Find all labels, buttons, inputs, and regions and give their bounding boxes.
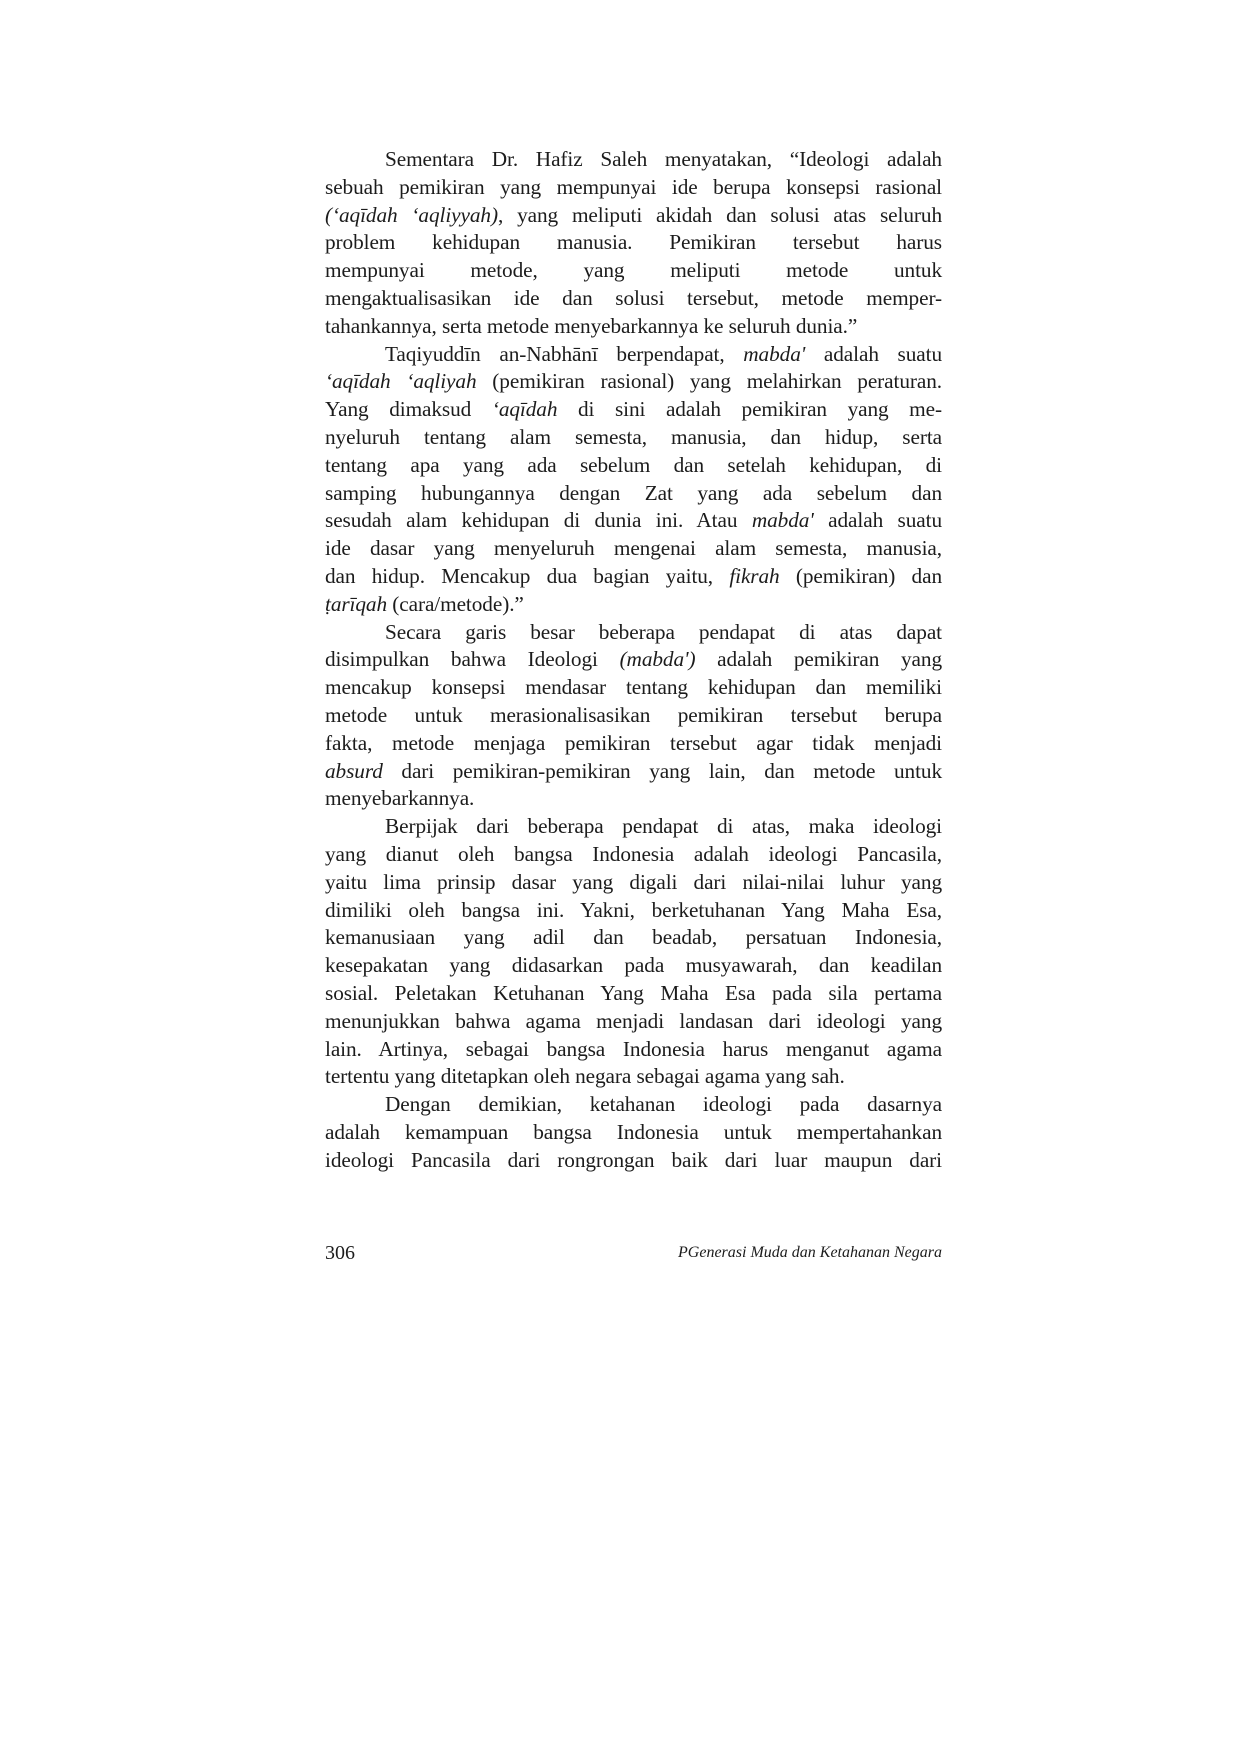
text-run: problem kehidupan manusia. Pemikiran ter… [325, 230, 942, 254]
text-run: tertentu yang ditetapkan oleh negara seb… [325, 1064, 845, 1088]
text-run: disimpulkan bahwa Ideologi [325, 647, 620, 671]
text-run: ide dasar yang menyeluruh mengenai alam … [325, 536, 942, 560]
text-run: Dengan demikian, ketahanan ideologi pada… [385, 1092, 942, 1116]
text-run: dan hidup. Mencakup dua bagian yaitu, [325, 564, 729, 588]
text-run: (cara/metode).” [387, 592, 524, 616]
text-run: metode untuk merasionalisasikan pemikira… [325, 703, 942, 727]
text-run: dari pemikiran-pemikiran yang lain, dan … [383, 759, 942, 783]
text-run: dimiliki oleh bangsa ini. Yakni, berketu… [325, 898, 942, 922]
text-line: tentang apa yang ada sebelum dan setelah… [325, 452, 942, 480]
paragraph: Taqiyuddīn an-Nabhānī berpendapat, mabda… [325, 341, 942, 619]
body-text: Sementara Dr. Hafiz Saleh menyatakan, “I… [325, 146, 942, 1174]
text-line: Dengan demikian, ketahanan ideologi pada… [325, 1091, 942, 1119]
text-run: ideologi Pancasila dari rongrongan baik … [325, 1148, 942, 1172]
italic-term: mabda' [743, 342, 805, 366]
text-line: ‘aqīdah ‘aqliyah (pemikiran rasional) ya… [325, 368, 942, 396]
text-run: sesudah alam kehidupan di dunia ini. Ata… [325, 508, 752, 532]
text-line: sesudah alam kehidupan di dunia ini. Ata… [325, 507, 942, 535]
text-line: menunjukkan bahwa agama menjadi landasan… [325, 1008, 942, 1036]
text-run: Taqiyuddīn an-Nabhānī berpendapat, [385, 342, 743, 366]
text-line: mengaktualisasikan ide dan solusi terseb… [325, 285, 942, 313]
text-run: Secara garis besar beberapa pendapat di … [385, 620, 942, 644]
text-run: adalah suatu [805, 342, 942, 366]
text-line: ideologi Pancasila dari rongrongan baik … [325, 1147, 942, 1175]
paragraph: Secara garis besar beberapa pendapat di … [325, 619, 942, 814]
italic-term: ṭarīqah [325, 592, 387, 616]
text-line: disimpulkan bahwa Ideologi (mabda') adal… [325, 646, 942, 674]
text-line: lain. Artinya, sebagai bangsa Indonesia … [325, 1036, 942, 1064]
text-run: yang dianut oleh bangsa Indonesia adalah… [325, 842, 942, 866]
text-line: adalah kemampuan bangsa Indonesia untuk … [325, 1119, 942, 1147]
text-line: sosial. Peletakan Ketuhanan Yang Maha Es… [325, 980, 942, 1008]
text-line: absurd dari pemikiran-pemikiran yang lai… [325, 758, 942, 786]
paragraph: Dengan demikian, ketahanan ideologi pada… [325, 1091, 942, 1174]
page-footer: 306 PGenerasi Muda dan Ketahanan Negara [325, 1242, 942, 1272]
document-page: Sementara Dr. Hafiz Saleh menyatakan, “I… [0, 0, 1240, 1754]
text-run: adalah suatu [814, 508, 942, 532]
text-run: Yang dimaksud [325, 397, 492, 421]
text-run: tahankannya, serta metode menyebarkannya… [325, 314, 857, 338]
text-line: samping hubungannya dengan Zat yang ada … [325, 480, 942, 508]
text-run: (pemikiran rasional) yang melahirkan per… [477, 369, 942, 393]
text-run: nyeluruh tentang alam semesta, manusia, … [325, 425, 942, 449]
italic-term: (mabda') [620, 647, 696, 671]
text-line: Sementara Dr. Hafiz Saleh menyatakan, “I… [325, 146, 942, 174]
text-line: dimiliki oleh bangsa ini. Yakni, berketu… [325, 897, 942, 925]
text-line: metode untuk merasionalisasikan pemikira… [325, 702, 942, 730]
italic-term: mabda' [752, 508, 814, 532]
text-line: yang dianut oleh bangsa Indonesia adalah… [325, 841, 942, 869]
text-run: lain. Artinya, sebagai bangsa Indonesia … [325, 1037, 942, 1061]
text-run: Berpijak dari beberapa pendapat di atas,… [385, 814, 942, 838]
text-run: di sini adalah pemikiran yang me- [557, 397, 942, 421]
text-run: Sementara Dr. Hafiz Saleh menyatakan, “I… [385, 147, 942, 171]
text-run: mencakup konsepsi mendasar tentang kehid… [325, 675, 942, 699]
text-run: menunjukkan bahwa agama menjadi landasan… [325, 1009, 942, 1033]
paragraph: Sementara Dr. Hafiz Saleh menyatakan, “I… [325, 146, 942, 341]
text-run: adalah kemampuan bangsa Indonesia untuk … [325, 1120, 942, 1144]
text-line: ide dasar yang menyeluruh mengenai alam … [325, 535, 942, 563]
text-run: kesepakatan yang didasarkan pada musyawa… [325, 953, 942, 977]
text-line: ṭarīqah (cara/metode).” [325, 591, 942, 619]
text-run: samping hubungannya dengan Zat yang ada … [325, 481, 942, 505]
text-run: , yang meliputi akidah dan solusi atas s… [498, 203, 942, 227]
text-run: mempunyai metode, yang meliputi metode u… [325, 258, 942, 282]
text-run: sosial. Peletakan Ketuhanan Yang Maha Es… [325, 981, 942, 1005]
text-run: sebuah pemikiran yang mempunyai ide beru… [325, 175, 942, 199]
text-run: (pemikiran) dan [780, 564, 942, 588]
italic-term: fikrah [729, 564, 779, 588]
text-line: sebuah pemikiran yang mempunyai ide beru… [325, 174, 942, 202]
text-line: yaitu lima prinsip dasar yang digali dar… [325, 869, 942, 897]
text-line: kemanusiaan yang adil dan beadab, persat… [325, 924, 942, 952]
text-line: dan hidup. Mencakup dua bagian yaitu, fi… [325, 563, 942, 591]
text-run: yaitu lima prinsip dasar yang digali dar… [325, 870, 942, 894]
page-number: 306 [325, 1242, 355, 1265]
running-title: PGenerasi Muda dan Ketahanan Negara [678, 1244, 942, 1262]
text-line: nyeluruh tentang alam semesta, manusia, … [325, 424, 942, 452]
italic-term: ‘aqīdah ‘aqliyah [325, 369, 477, 393]
text-run: tentang apa yang ada sebelum dan setelah… [325, 453, 942, 477]
text-line: kesepakatan yang didasarkan pada musyawa… [325, 952, 942, 980]
text-line: Secara garis besar beberapa pendapat di … [325, 619, 942, 647]
text-line: Yang dimaksud ‘aqīdah di sini adalah pem… [325, 396, 942, 424]
text-line: tahankannya, serta metode menyebarkannya… [325, 313, 942, 341]
italic-term: absurd [325, 759, 383, 783]
text-line: Berpijak dari beberapa pendapat di atas,… [325, 813, 942, 841]
text-run: menyebarkannya. [325, 786, 474, 810]
text-run: adalah pemikiran yang [695, 647, 942, 671]
text-line: mempunyai metode, yang meliputi metode u… [325, 257, 942, 285]
text-line: Taqiyuddīn an-Nabhānī berpendapat, mabda… [325, 341, 942, 369]
text-line: tertentu yang ditetapkan oleh negara seb… [325, 1063, 942, 1091]
text-run: kemanusiaan yang adil dan beadab, persat… [325, 925, 942, 949]
text-line: (‘aqīdah ‘aqliyyah), yang meliputi akida… [325, 202, 942, 230]
text-line: fakta, metode menjaga pemikiran tersebut… [325, 730, 942, 758]
italic-term: (‘aqīdah ‘aqliyyah) [325, 203, 498, 227]
text-run: mengaktualisasikan ide dan solusi terseb… [325, 286, 942, 310]
text-line: mencakup konsepsi mendasar tentang kehid… [325, 674, 942, 702]
text-run: fakta, metode menjaga pemikiran tersebut… [325, 731, 942, 755]
text-line: problem kehidupan manusia. Pemikiran ter… [325, 229, 942, 257]
italic-term: ‘aqīdah [492, 397, 558, 421]
paragraph: Berpijak dari beberapa pendapat di atas,… [325, 813, 942, 1091]
text-line: menyebarkannya. [325, 785, 942, 813]
